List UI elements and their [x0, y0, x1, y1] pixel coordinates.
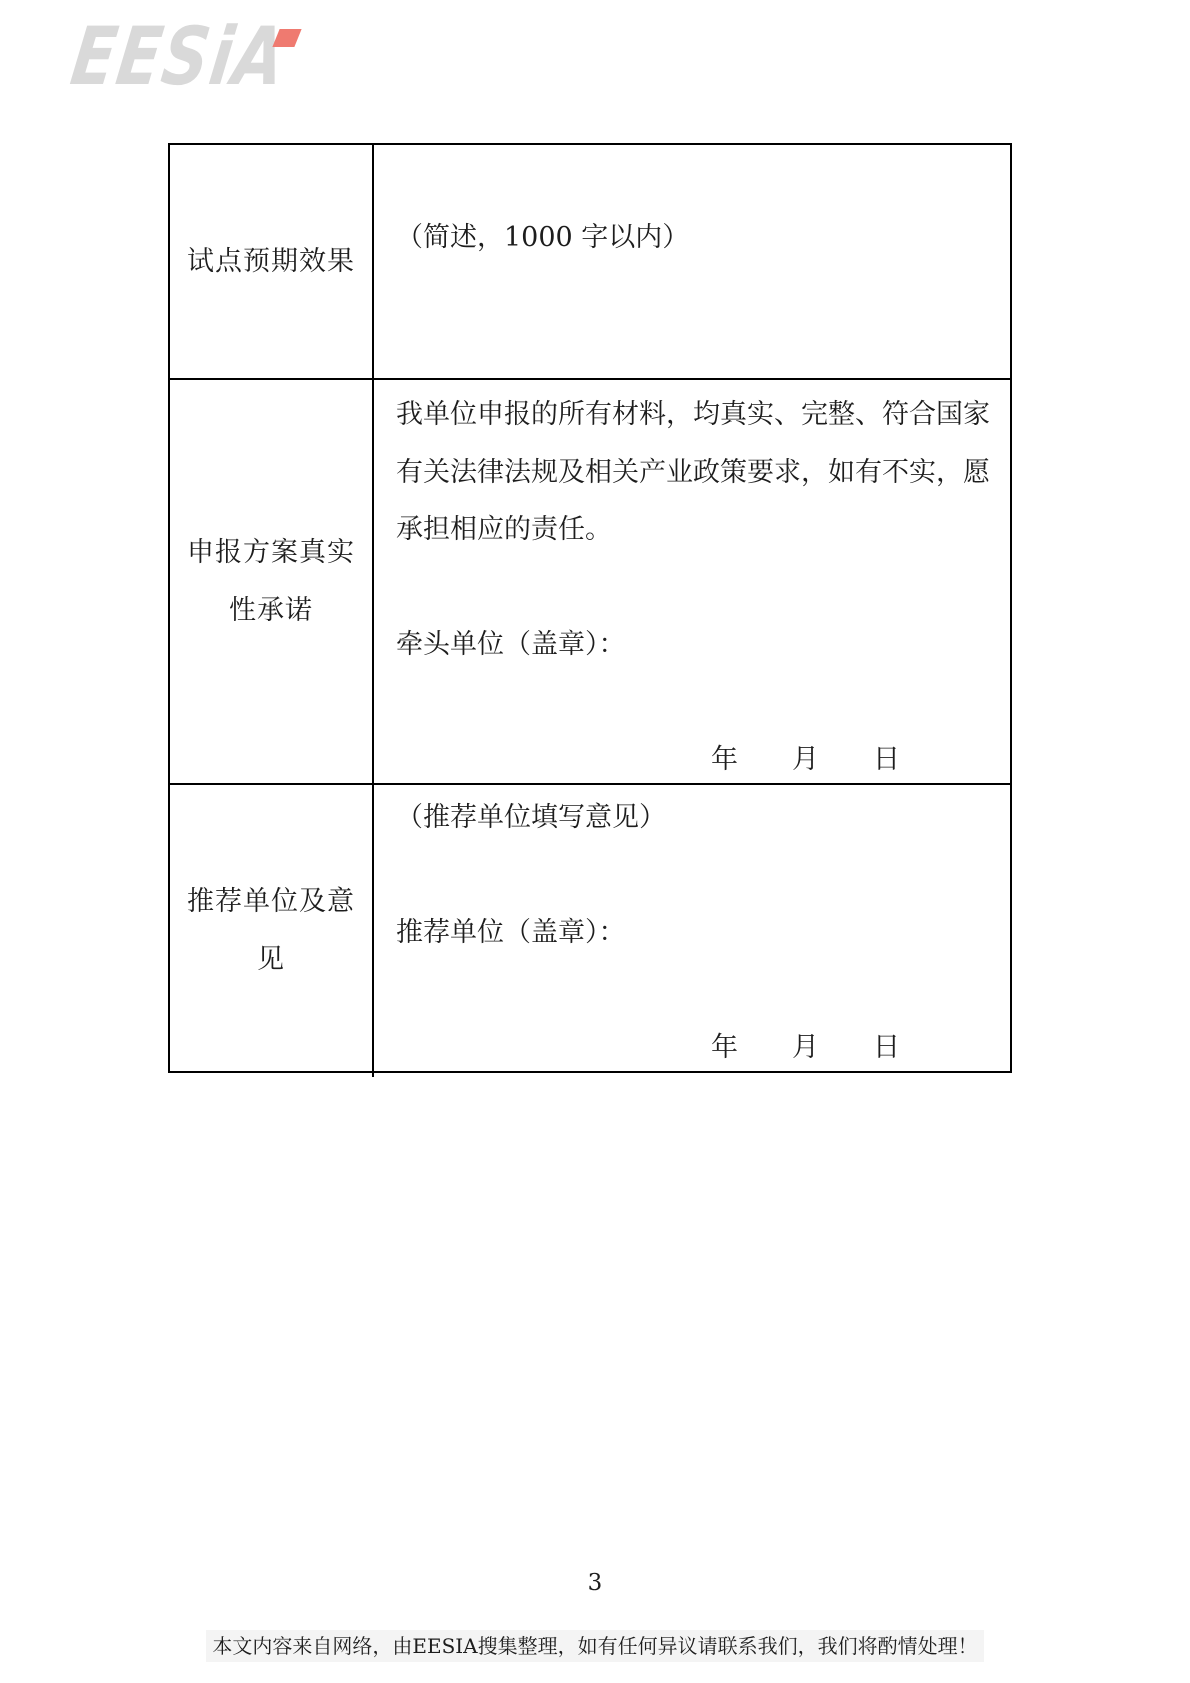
document-page: EESiA 试点预期效果 （简述，1000 字以内） 申报方案真实 性承诺 我单…	[0, 0, 1190, 1683]
row3-label-cell: 推荐单位及意 见	[170, 783, 372, 1077]
row2-label-line1: 申报方案真实	[187, 524, 355, 582]
promise-line1: 我单位申报的所有材料，均真实、完整、符合国家	[396, 386, 990, 444]
row2-date-line: 年 月 日	[396, 731, 990, 789]
lead-unit-seal-line: 牵头单位（盖章）：	[396, 616, 990, 674]
recommend-hint-line: （推荐单位填写意见）	[396, 789, 990, 847]
logo-text: EESiA	[66, 12, 292, 102]
row2-content-cell: 我单位申报的所有材料，均真实、完整、符合国家 有关法律法规及相关产业政策要求，如…	[372, 378, 1010, 783]
row3-label-line1: 推荐单位及意	[187, 873, 355, 931]
recommend-unit-seal-line: 推荐单位（盖章）：	[396, 904, 990, 962]
row2-label-line2: 性承诺	[229, 582, 313, 640]
footer-disclaimer-text: 本文内容来自网络，由EESIA搜集整理，如有任何异议请联系我们，我们将酌情处理！	[206, 1630, 983, 1662]
row1-label-cell: 试点预期效果	[170, 145, 372, 378]
row2-label-cell: 申报方案真实 性承诺	[170, 378, 372, 783]
application-form-table: 试点预期效果 （简述，1000 字以内） 申报方案真实 性承诺 我单位申报的所有…	[168, 143, 1012, 1073]
row1-label: 试点预期效果	[187, 233, 355, 291]
row3-label-line2: 见	[257, 931, 285, 989]
row3-content-cell: （推荐单位填写意见） 推荐单位（盖章）： 年 月 日	[372, 783, 1010, 1077]
row1-content-cell: （简述，1000 字以内）	[372, 145, 1010, 378]
row1-hint-text: （简述，1000 字以内）	[396, 223, 990, 253]
footer-disclaimer-row: 本文内容来自网络，由EESIA搜集整理，如有任何异议请联系我们，我们将酌情处理！	[0, 1630, 1190, 1662]
page-number: 3	[0, 1568, 1190, 1598]
promise-line2: 有关法律法规及相关产业政策要求，如有不实，愿	[396, 444, 990, 502]
promise-line3: 承担相应的责任。	[396, 501, 990, 559]
eesia-logo: EESiA	[66, 12, 326, 102]
row3-date-line: 年 月 日	[396, 1019, 990, 1077]
